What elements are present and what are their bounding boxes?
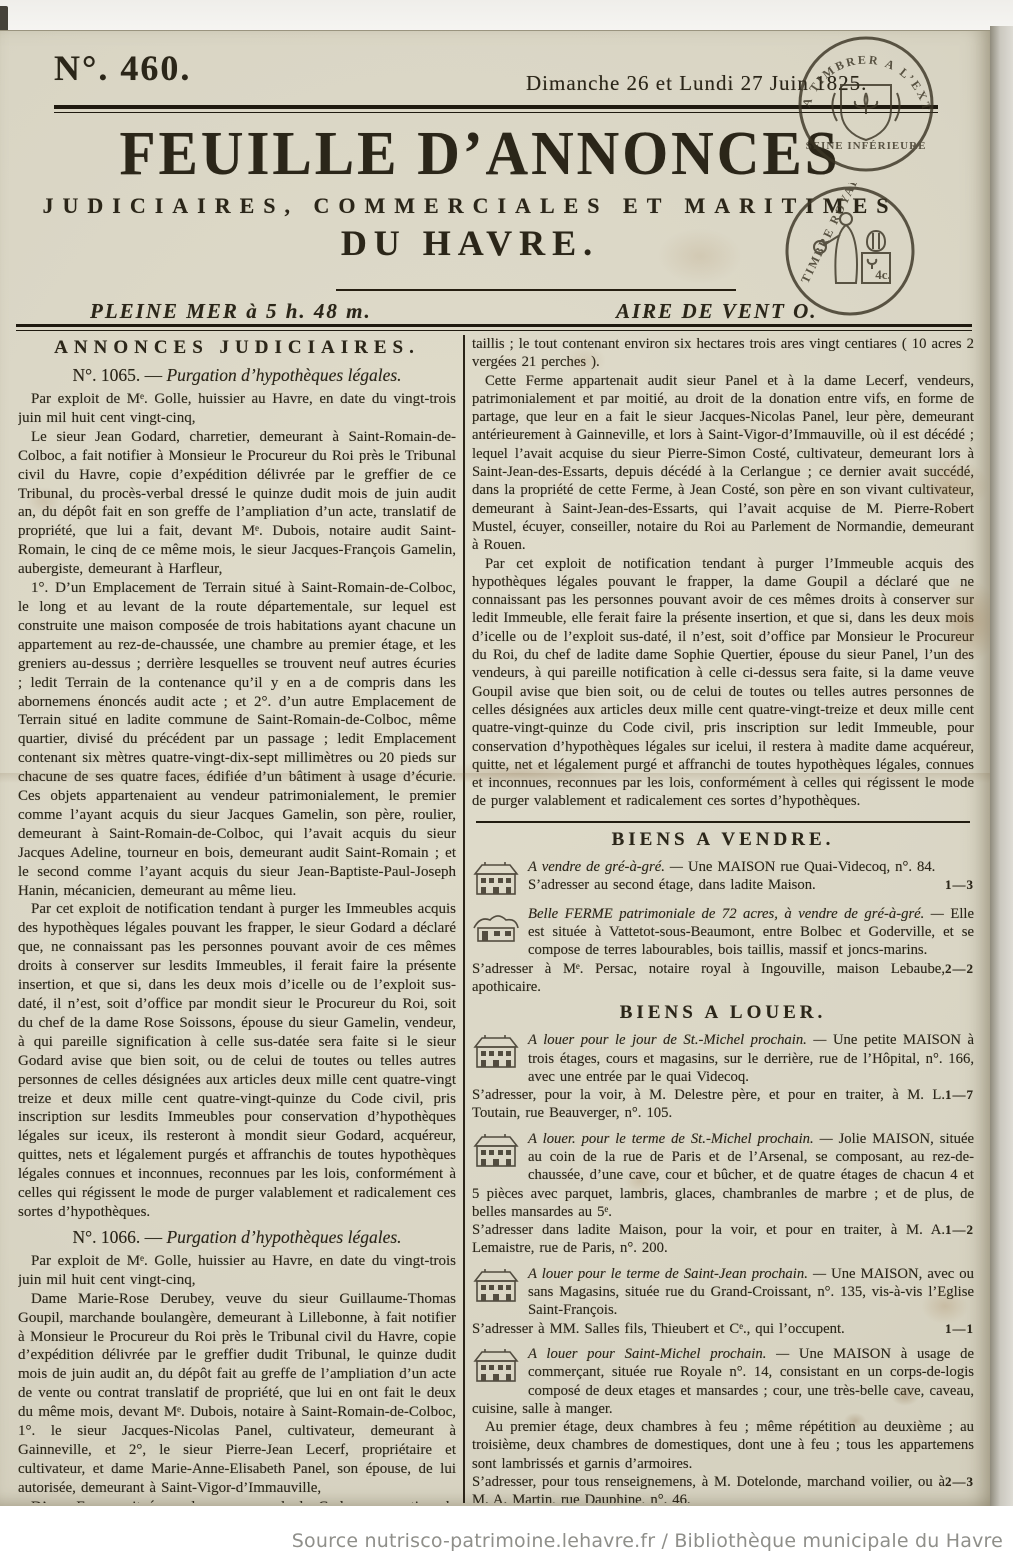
ad-contact: S’adresser dans ladite Maison, pour la v…: [472, 1222, 945, 1256]
article-paragraph: Par exploit de Mᵉ. Golle, huissier au Ha…: [18, 390, 456, 428]
house-icon: [472, 1034, 520, 1070]
classified-ad: Belle FERME patrimoniale de 72 acres, à …: [472, 905, 974, 996]
classified-ad: A louer pour le terme de Saint-Jean proc…: [472, 1265, 974, 1338]
article-number: N°. 1066. —: [72, 1227, 162, 1247]
ad-contact: S’adresser à MM. Salles fils, Thieubert …: [472, 1321, 845, 1337]
classified-ad: A louer pour Saint-Michel prochain. — Un…: [472, 1345, 974, 1503]
article-paragraph: Par cet exploit de notification tendant …: [18, 900, 456, 1221]
scanned-newspaper-screenshot: { "page": { "issue_number": "N°. 460.", …: [0, 0, 1013, 1566]
stamp-bottom-text: SEINE INFÉRIEURE: [806, 140, 927, 152]
farm-icon: [472, 908, 520, 944]
house-icon: [472, 1133, 520, 1169]
insertion-marker: 1—1: [945, 1320, 974, 1338]
article-paragraph: D’une Ferme, située en la commune de la …: [18, 1498, 456, 1503]
left-column: ANNONCES JUDICIAIRES. N°. 1065. — Purgat…: [18, 335, 456, 1503]
article-title: Purgation d’hypothèques légales.: [166, 1227, 401, 1247]
ad-lead: A louer. pour le terme de St.-Michel pro…: [528, 1131, 833, 1147]
subheader-rule-thick: [16, 324, 972, 327]
insertion-marker: 1—7: [945, 1086, 974, 1104]
royal-stamp-graphic: TIMBRE ROYAL 4c.: [782, 183, 918, 319]
ad-lead: A louer pour le terme de Saint-Jean proc…: [528, 1266, 826, 1282]
scan-background-right: [990, 26, 1013, 1508]
classified-ad: A louer. pour le terme de St.-Michel pro…: [472, 1130, 974, 1258]
tide-info: PLEINE MER à 5 h. 48 m.: [90, 299, 372, 324]
right-column: taillis ; le tout contenant environ six …: [472, 335, 974, 1503]
issue-number: N°. 460.: [54, 47, 191, 89]
insertion-marker: 1—3: [945, 876, 974, 894]
fold-crease: [0, 773, 990, 783]
fleur-de-lis-icon: [855, 93, 877, 114]
article-paragraph: taillis ; le tout contenant environ six …: [472, 335, 974, 372]
royal-stamp: TIMBRE ROYAL 4c.: [782, 183, 918, 319]
article-paragraph: Le sieur Jean Godard, charretier, demeur…: [18, 428, 456, 579]
section-title-vendre: BIENS A VENDRE.: [472, 829, 974, 851]
house-icon: [472, 1348, 520, 1384]
ad-contact: S’adresser, pour tous renseignemens, à M…: [472, 1474, 945, 1503]
tax-stamp-extraord: A TIMBRER A L’EXTRAORD. SEINE INFÉRIEURE: [795, 33, 937, 175]
section-title: ANNONCES JUDICIAIRES.: [18, 337, 456, 359]
column-divider: [463, 335, 465, 1503]
ad-lead: Belle FERME patrimoniale de 72 acres, à …: [528, 906, 944, 922]
ad-body: Une MAISON rue Quai-Videcoq, n°. 84.: [688, 859, 935, 875]
article-paragraph: Dame Marie-Rose Derubey, veuve du sieur …: [18, 1290, 456, 1498]
ad-contact: S’adresser au second étage, dans ladite …: [528, 877, 816, 893]
insertion-marker: 2—2: [945, 960, 974, 978]
ad-lead: A vendre de gré-à-gré. —: [528, 859, 683, 875]
ad-extra: Au premier étage, deux chambres à feu ; …: [472, 1418, 974, 1473]
subheader-rule-thin: [16, 330, 972, 331]
stamp-value: 4c.: [875, 267, 891, 282]
ad-contact: S’adresser à Mᵉ. Persac, notaire royal à…: [472, 961, 945, 995]
article-paragraph: Cette Ferme appartenait audit sieur Pane…: [472, 372, 974, 555]
ad-lead: A louer pour le jour de St.-Michel proch…: [528, 1032, 826, 1048]
newspaper-page: N°. 460. Dimanche 26 et Lundi 27 Juin 18…: [0, 30, 990, 1507]
article-heading: N°. 1066. — Purgation d’hypothèques léga…: [18, 1227, 456, 1248]
house-icon: [472, 1268, 520, 1304]
columns: ANNONCES JUDICIAIRES. N°. 1065. — Purgat…: [18, 335, 974, 1503]
classified-ad: A louer pour le jour de St.-Michel proch…: [472, 1031, 974, 1122]
masthead-rule: [336, 289, 736, 291]
source-caption-bar: Source nutrisco-patrimoine.lehavre.fr / …: [0, 1506, 1013, 1566]
house-icon: [472, 861, 520, 897]
insertion-marker: 1—2: [945, 1221, 974, 1239]
ad-lead: A louer pour Saint-Michel prochain. —: [528, 1346, 789, 1362]
article-title: Purgation d’hypothèques légales.: [166, 365, 401, 385]
source-caption: Source nutrisco-patrimoine.lehavre.fr / …: [292, 1530, 1003, 1552]
section-title-louer: BIENS A LOUER.: [472, 1002, 974, 1024]
scan-background-top: [0, 0, 1013, 32]
ad-contact: S’adresser, pour la voir, à M. Delestre …: [472, 1087, 945, 1121]
article-number: N°. 1065. —: [72, 365, 162, 385]
classified-ad: A vendre de gré-à-gré. — Une MAISON rue …: [472, 858, 974, 898]
tax-stamp-extraord-graphic: A TIMBRER A L’EXTRAORD. SEINE INFÉRIEURE: [795, 33, 937, 175]
insertion-marker: 2—3: [945, 1473, 974, 1491]
article-paragraph: 1°. D’un Emplacement de Terrain situé à …: [18, 579, 456, 900]
section-rule: [476, 821, 970, 823]
article-heading: N°. 1065. — Purgation d’hypothèques léga…: [18, 365, 456, 386]
article-paragraph: Par exploit de Mᵉ. Golle, huissier au Ha…: [18, 1252, 456, 1290]
